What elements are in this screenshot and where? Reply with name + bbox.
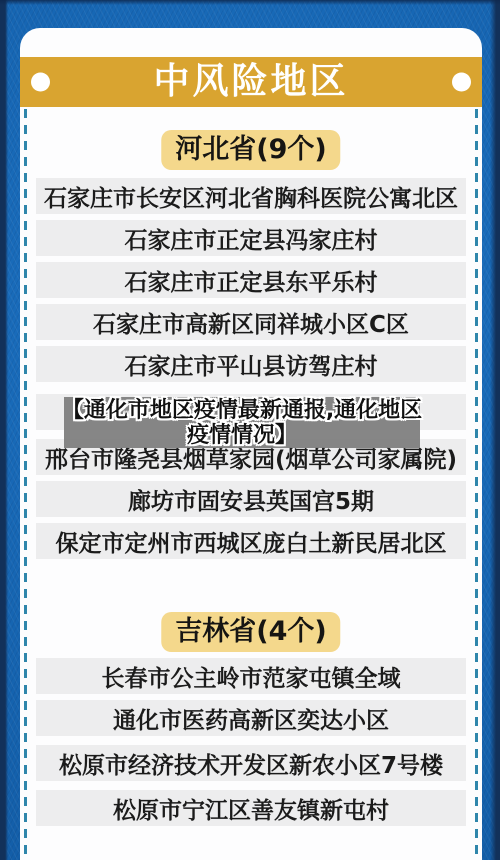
title-banner: 中风险地区 [20,57,482,107]
poster-card: 中风险地区 河北省(9个) 石家庄市长安区河北省胸科医院公寓北区 石家庄市正定县… [20,28,482,860]
banner-dot-right-icon [452,73,471,92]
edge-vignette-left [0,0,8,860]
area-row: 石家庄市正定县东平乐村 [36,262,466,298]
risk-area-poster: 中风险地区 河北省(9个) 石家庄市长安区河北省胸科医院公寓北区 石家庄市正定县… [0,0,500,860]
watermark-overlay: 【通化市地区疫情最新通报,通化地区 疫情情况】 [64,397,420,448]
area-row: 通化市医药高新区奕达小区 [36,700,466,736]
area-row: 廊坊市固安县英国宫5期 [36,481,466,517]
page-title: 中风险地区 [153,64,348,100]
dashed-border-right [475,109,478,860]
watermark-line-1: 【通化市地区疫情最新通报,通化地区 [62,398,422,423]
banner-dot-left-icon [31,73,50,92]
area-row: 松原市宁江区善友镇新屯村 [36,790,466,826]
area-row: 石家庄市长安区河北省胸科医院公寓北区 [36,178,466,214]
area-row: 石家庄市平山县访驾庄村 [36,346,466,382]
area-row: 保定市定州市西城区庞白土新民居北区 [36,523,466,559]
area-row: 长春市公主岭市范家屯镇全域 [36,658,466,694]
area-row: 石家庄市高新区同祥城小区C区 [36,304,466,340]
watermark-line-2: 疫情情况】 [187,423,297,448]
province-badge-jilin: 吉林省(4个) [161,612,340,652]
area-row: 松原市经济技术开发区新农小区7号楼 [36,745,466,781]
edge-vignette-top [0,0,500,5]
dashed-border-left [24,109,27,860]
area-row: 石家庄市正定县冯家庄村 [36,220,466,256]
province-badge-hebei: 河北省(9个) [161,130,340,170]
edge-vignette-right [490,0,500,860]
